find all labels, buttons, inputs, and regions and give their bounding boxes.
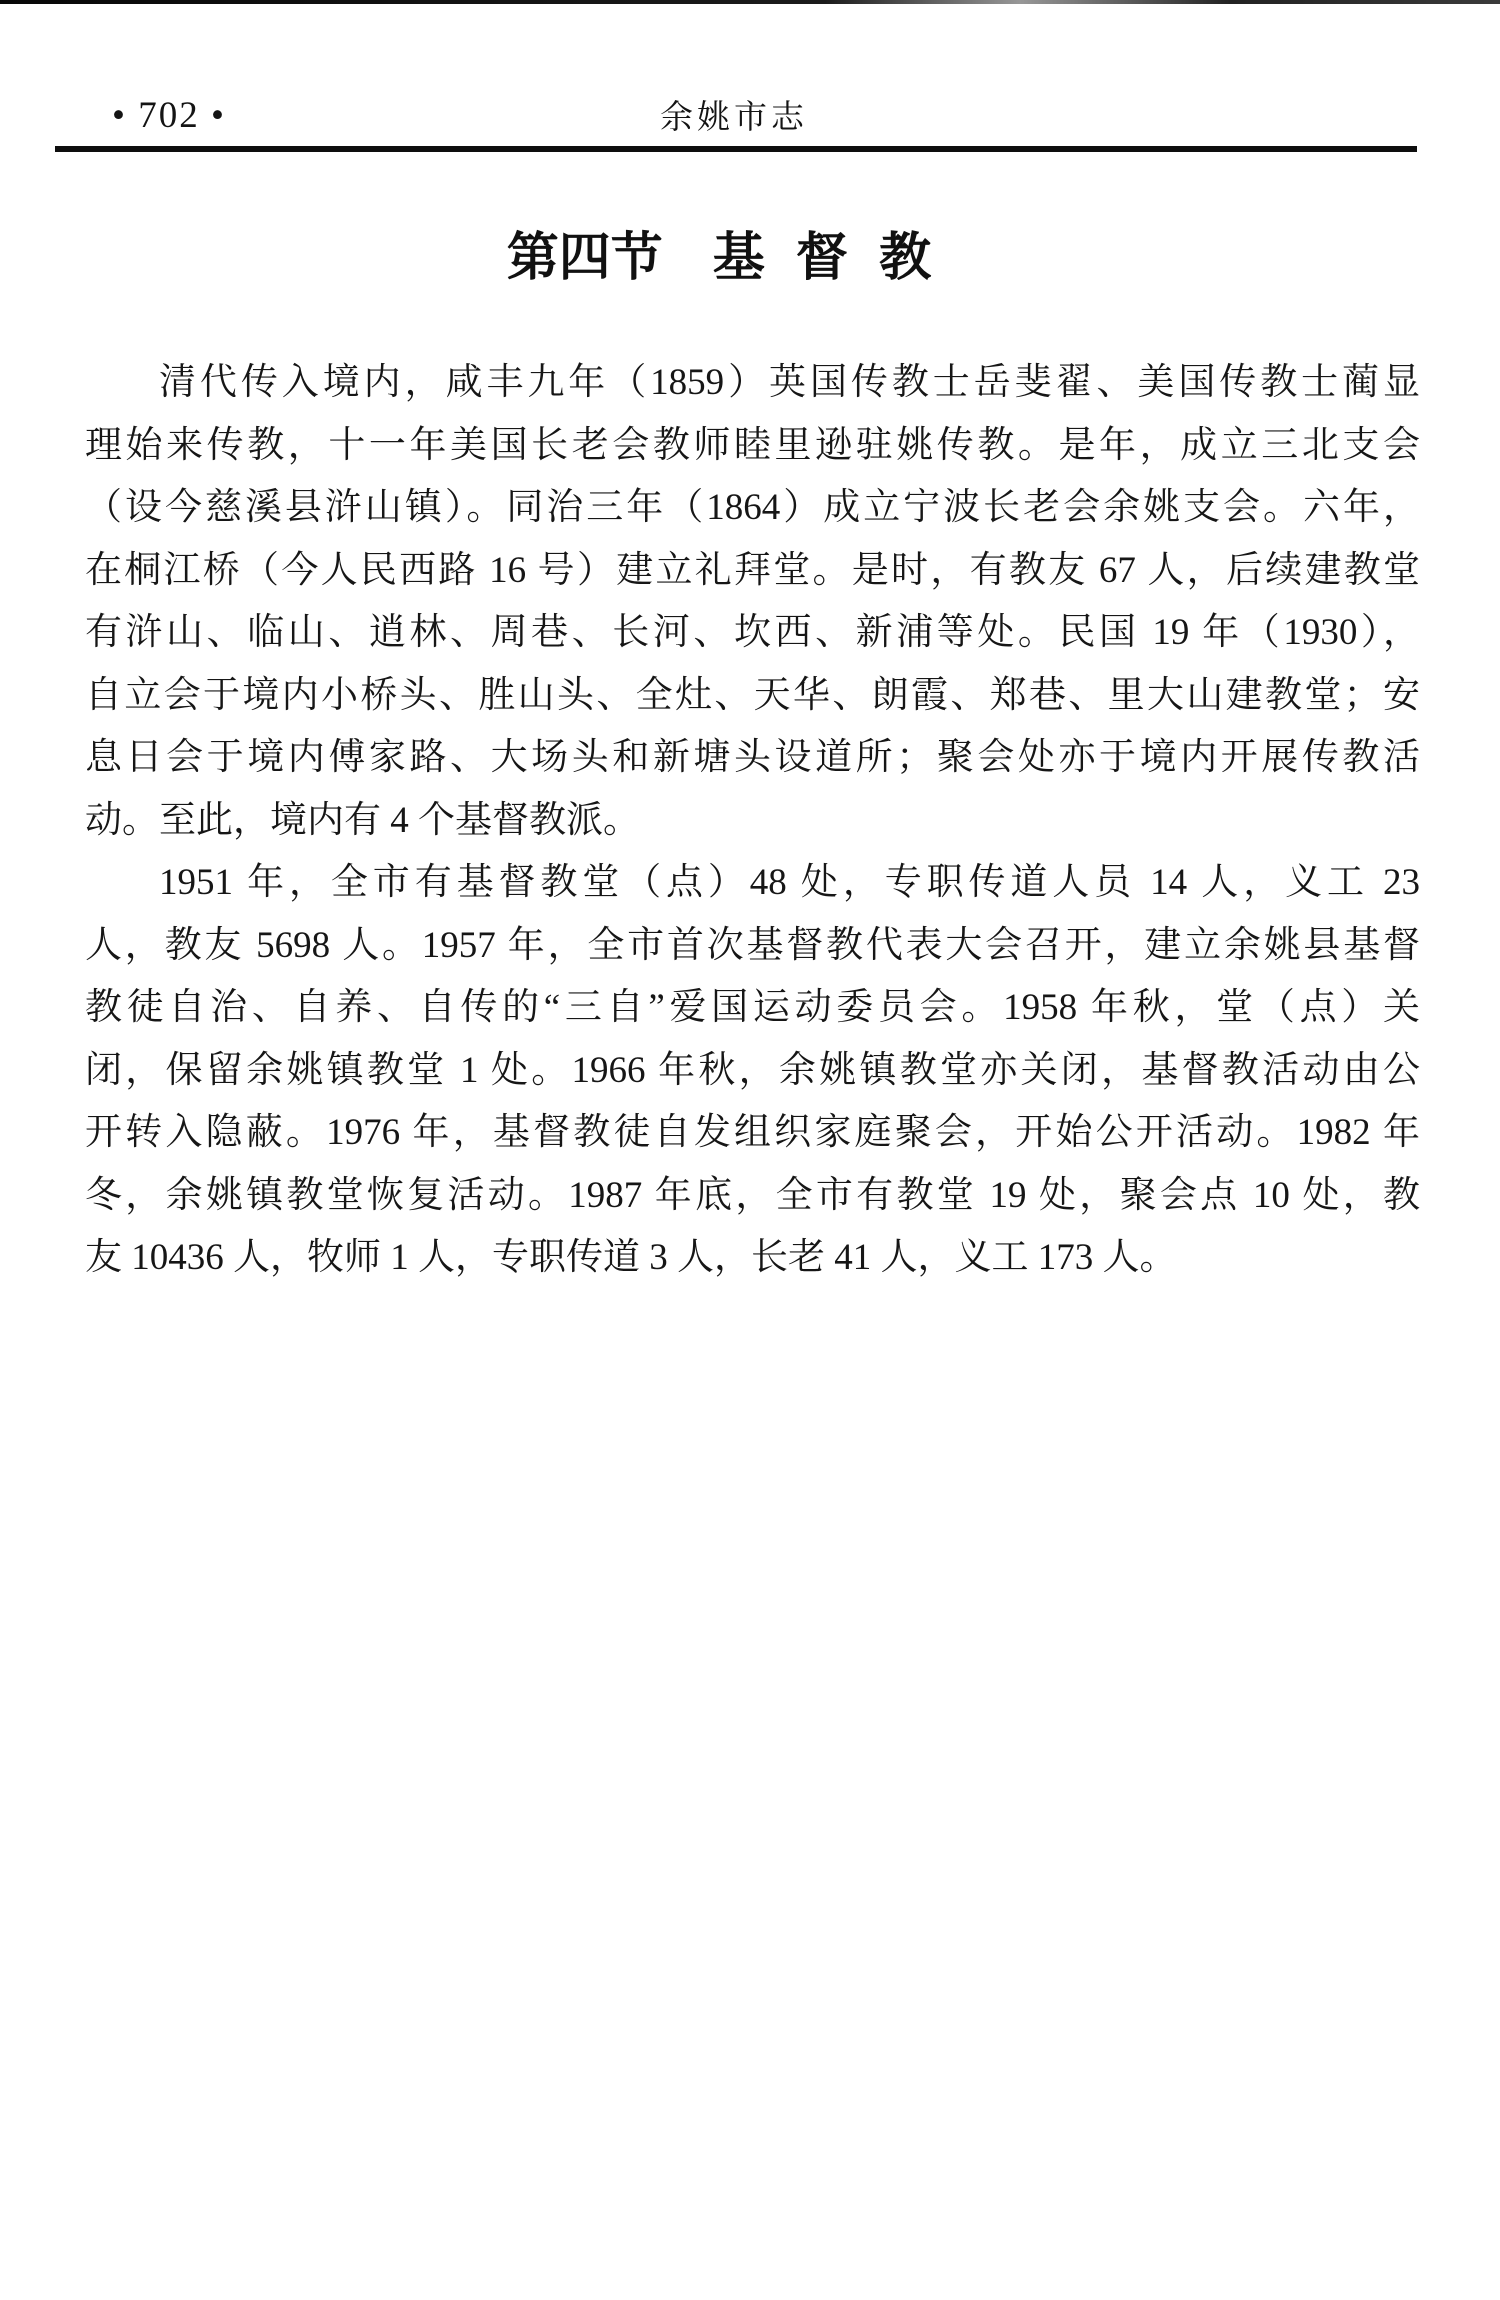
scan-artifact-line — [0, 0, 1500, 4]
section-number: 第四节 — [507, 230, 663, 287]
body-line: 动。至此，境内有 4 个基督教派。 — [85, 790, 1420, 853]
header-divider — [55, 146, 1417, 152]
page-number: • 702 • — [112, 94, 226, 138]
body-line: 开转入隐蔽。1976 年，基督教徒自发组织家庭聚会，开始公开活动。1982 年 — [85, 1102, 1420, 1165]
body-text: 清代传入境内，咸丰九年（1859）英国传教士岳斐翟、美国传教士蔺显 理始来传教，… — [85, 352, 1420, 1290]
body-line: 冬，余姚镇教堂恢复活动。1987 年底，全市有教堂 19 处，聚会点 10 处，… — [85, 1165, 1420, 1228]
body-line: （设今慈溪县浒山镇）。同治三年（1864）成立宁波长老会余姚支会。六年， — [85, 477, 1420, 540]
scanned-book-page: • 702 • 余姚市志 第四节基督教 清代传入境内，咸丰九年（1859）英国传… — [0, 0, 1500, 2300]
book-title: 余姚市志 — [660, 98, 808, 138]
body-line: 友 10436 人，牧师 1 人，专职传道 3 人，长老 41 人，义工 173… — [85, 1227, 1420, 1290]
section-title: 第四节基督教 — [67, 228, 1402, 290]
body-line: 理始来传教，十一年美国长老会教师睦里逊驻姚传教。是年，成立三北支会 — [85, 415, 1420, 478]
body-line: 自立会于境内小桥头、胜山头、全灶、天华、朗霞、郑巷、里大山建教堂；安 — [85, 665, 1420, 728]
body-line: 人，教友 5698 人。1957 年，全市首次基督教代表大会召开，建立余姚县基督 — [85, 915, 1420, 978]
body-line: 闭，保留余姚镇教堂 1 处。1966 年秋，余姚镇教堂亦关闭，基督教活动由公 — [85, 1040, 1420, 1103]
body-line: 息日会于境内傅家路、大场头和新塘头设道所；聚会处亦于境内开展传教活 — [85, 727, 1420, 790]
body-line: 1951 年，全市有基督教堂（点）48 处，专职传道人员 14 人，义工 23 — [85, 852, 1420, 915]
body-line: 教徒自治、自养、自传的“三自”爱国运动委员会。1958 年秋，堂（点）关 — [85, 977, 1420, 1040]
body-line: 有浒山、临山、逍林、周巷、长河、坎西、新浦等处。民国 19 年（1930）， — [85, 602, 1420, 665]
body-line: 清代传入境内，咸丰九年（1859）英国传教士岳斐翟、美国传教士蔺显 — [85, 352, 1420, 415]
section-name: 基督教 — [713, 230, 963, 287]
page-header: • 702 • 余姚市志 — [0, 94, 1500, 146]
body-line: 在桐江桥（今人民西路 16 号）建立礼拜堂。是时，有教友 67 人，后续建教堂 — [85, 540, 1420, 603]
